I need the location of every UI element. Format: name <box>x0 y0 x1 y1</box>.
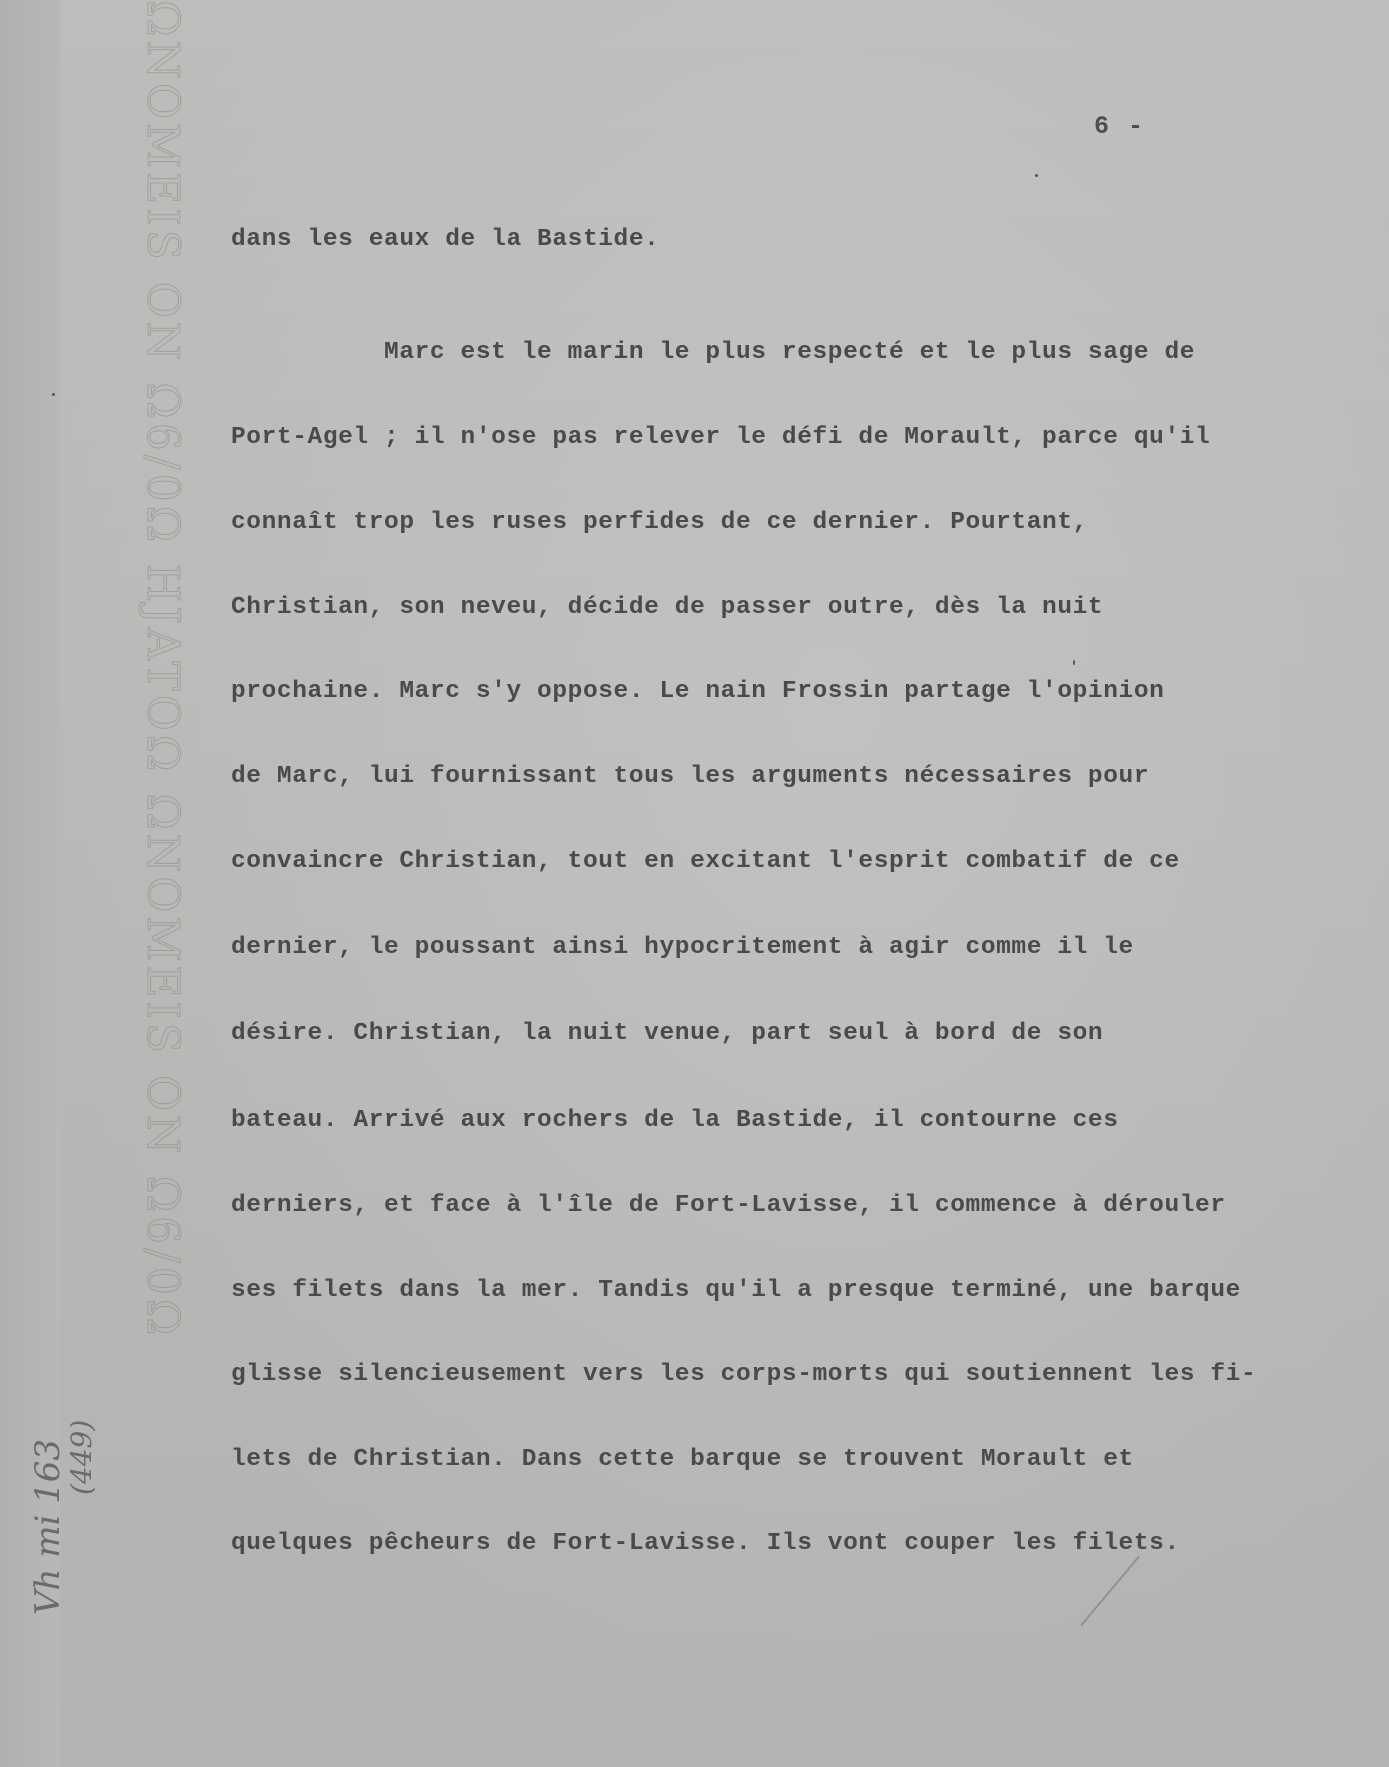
handwritten-note-line1: Vh mi 163 <box>28 1439 68 1615</box>
document-page: ΩNOMEIS ON Ω6/0Ω HJATOΩ ΩNOMEIS ON Ω6/0Ω… <box>0 0 1389 1767</box>
text-line: convaincre Christian, tout en excitant l… <box>231 850 1180 875</box>
text-line: désire. Christian, la nuit venue, part s… <box>231 1022 1103 1047</box>
ink-speck <box>1073 660 1075 665</box>
text-line: Port-Agel ; il n'ose pas relever le défi… <box>231 426 1210 451</box>
handwritten-note-line2: (449) <box>67 1420 98 1495</box>
page-number: 6 - <box>1094 112 1145 141</box>
text-line: connaît trop les ruses perfides de ce de… <box>231 511 1088 536</box>
text-line: dans les eaux de la Bastide. <box>231 228 659 253</box>
text-line: derniers, et face à l'île de Fort-Laviss… <box>231 1194 1226 1219</box>
text-line: dernier, le poussant ainsi hypocritement… <box>231 936 1134 961</box>
ink-speck <box>52 393 55 396</box>
text-line: ses filets dans la mer. Tandis qu'il a p… <box>231 1279 1241 1304</box>
handwritten-archive-note: Vh mi 163 (449) <box>30 1420 98 1615</box>
watermark-text: ΩNOMEIS ON Ω6/0Ω HJATOΩ ΩNOMEIS ON Ω6/0Ω <box>137 0 188 1339</box>
text-line: prochaine. Marc s'y oppose. Le nain Fros… <box>231 680 1164 705</box>
text-line: Christian, son neveu, décide de passer o… <box>231 596 1103 621</box>
text-line: de Marc, lui fournissant tous les argume… <box>231 765 1149 790</box>
text-line: glisse silencieusement vers les corps-mo… <box>231 1363 1256 1388</box>
paper-scratch-mark <box>1080 1556 1139 1626</box>
text-line: Marc est le marin le plus respecté et le… <box>231 341 1195 366</box>
text-line: lets de Christian. Dans cette barque se … <box>231 1448 1134 1473</box>
text-line: bateau. Arrivé aux rochers de la Bastide… <box>231 1109 1119 1134</box>
text-line: quelques pêcheurs de Fort-Lavisse. Ils v… <box>231 1532 1180 1557</box>
ink-speck <box>1035 174 1038 177</box>
watermark-stamp: ΩNOMEIS ON Ω6/0Ω HJATOΩ ΩNOMEIS ON Ω6/0Ω <box>130 0 190 1767</box>
